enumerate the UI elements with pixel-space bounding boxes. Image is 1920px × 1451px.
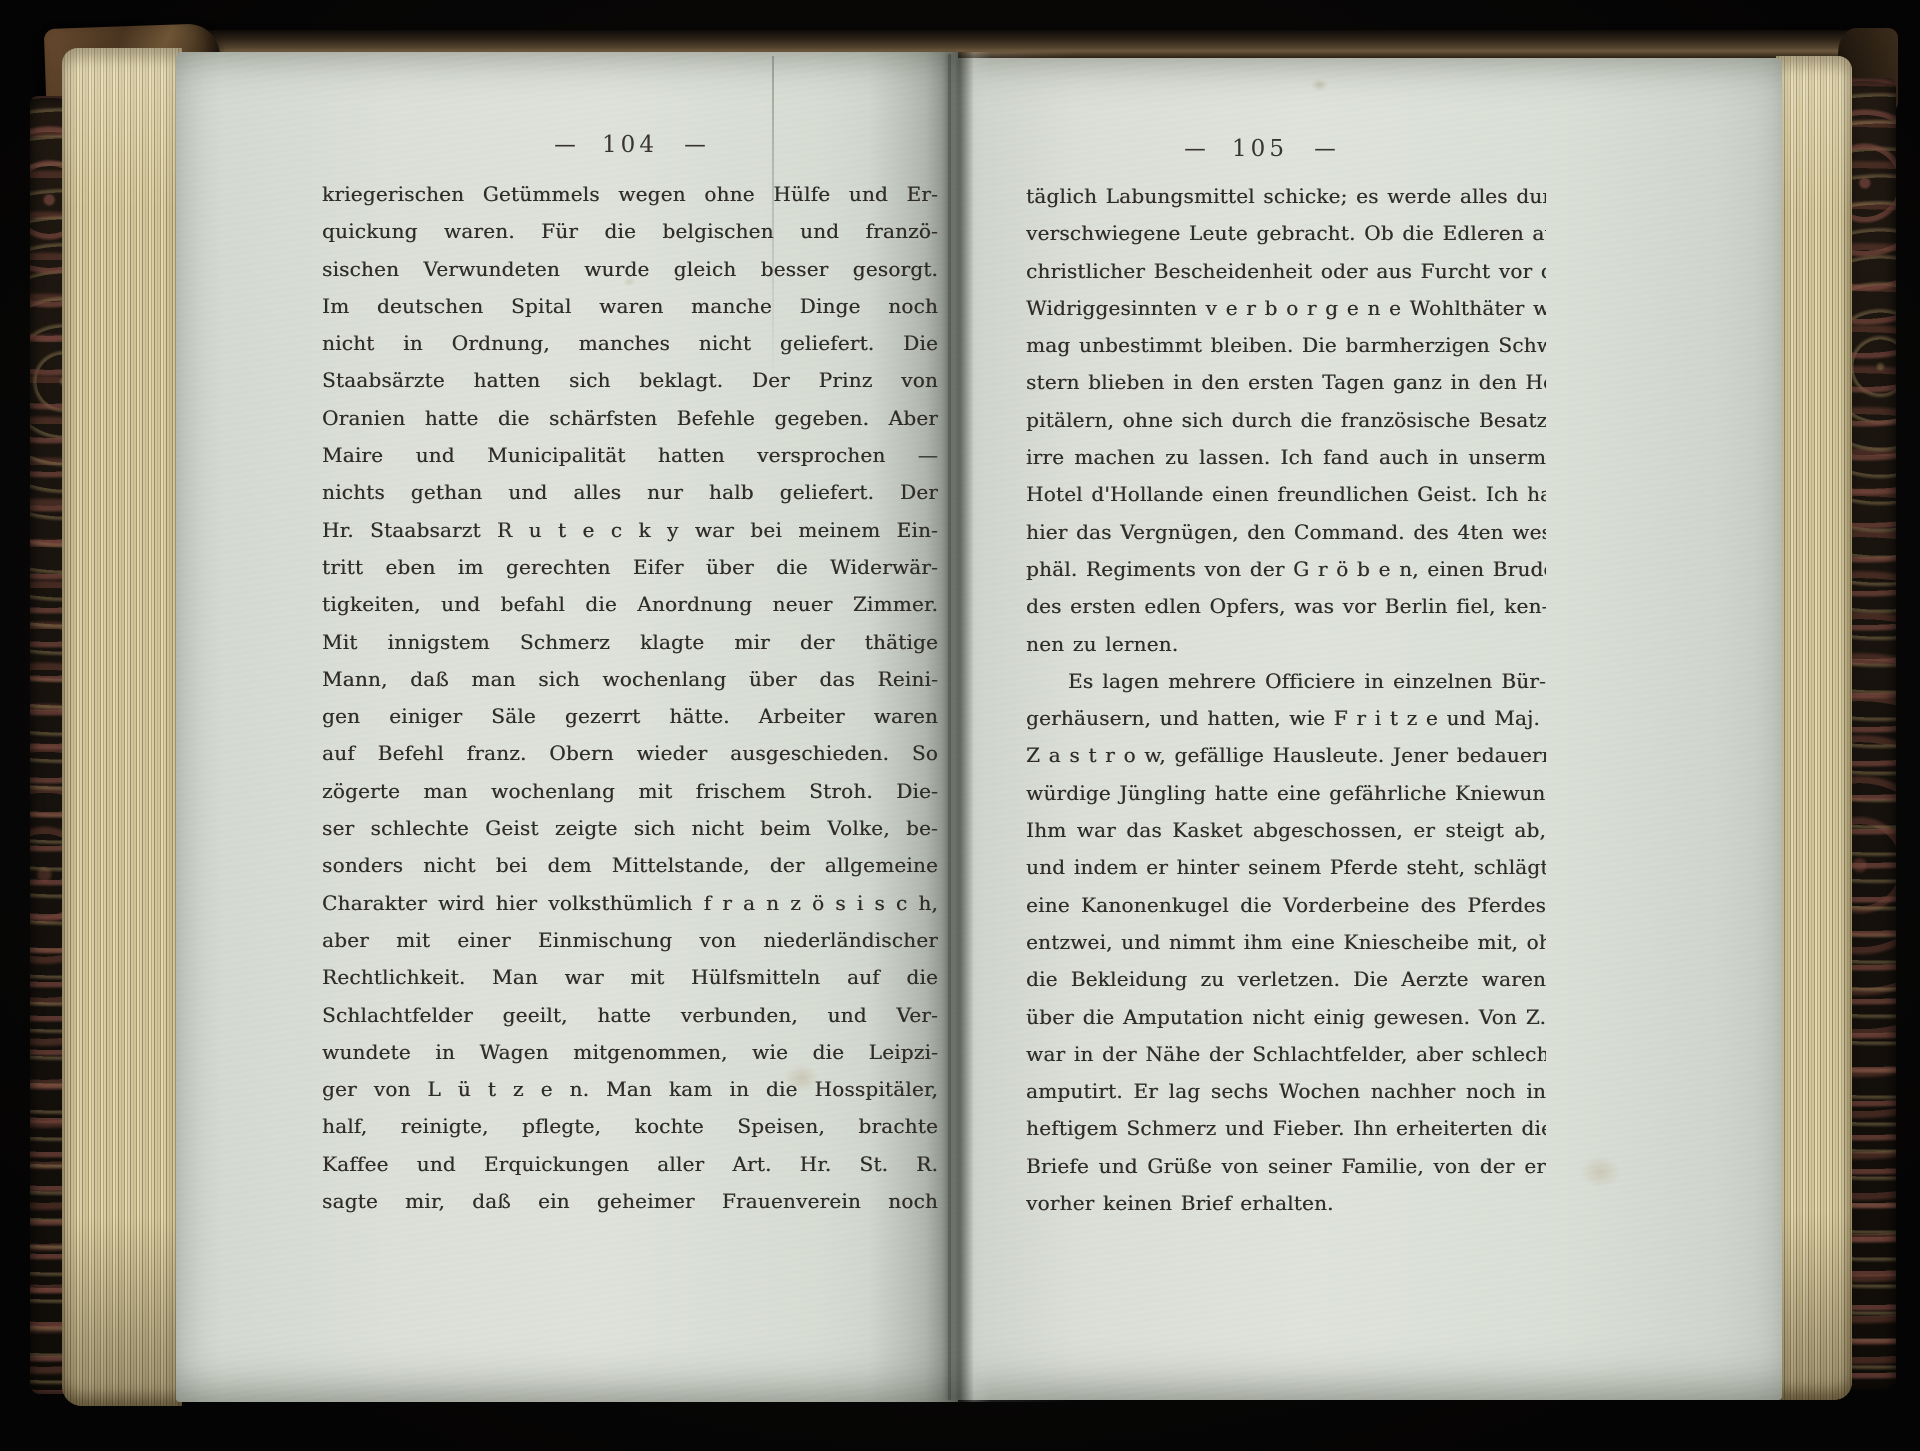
text-line: aber mit einer Einmischung von niederlän… bbox=[322, 922, 938, 959]
header-dash: — bbox=[1314, 141, 1336, 158]
text-line: vorher keinen Brief erhalten. bbox=[1026, 1185, 1546, 1222]
text-line: Kaffee und Erquickungen aller Art. Hr. S… bbox=[322, 1146, 938, 1183]
text-line: Schlachtfelder geeilt, hatte verbunden, … bbox=[322, 997, 938, 1034]
text-line: wundete in Wagen mitgenommen, wie die Le… bbox=[322, 1034, 938, 1071]
gutter-crease-line bbox=[948, 54, 951, 1400]
page-number-left: 104 bbox=[602, 132, 658, 158]
text-line: täglich Labungsmittel schicke; es werde … bbox=[1026, 178, 1546, 215]
text-line: gerhäusern, und hatten, wie F r i t z e … bbox=[1026, 700, 1546, 737]
text-line: amputirt. Er lag sechs Wochen nachher no… bbox=[1026, 1073, 1546, 1110]
text-line: über die Amputation nicht einig gewesen.… bbox=[1026, 999, 1546, 1036]
text-line: Briefe und Grüße von seiner Familie, von… bbox=[1026, 1148, 1546, 1185]
text-line: Hr. Staabsarzt R u t e c k y war bei mei… bbox=[322, 512, 938, 549]
page-edge-stack-left bbox=[62, 48, 182, 1406]
text-line: nichts gethan und alles nur halb geliefe… bbox=[322, 474, 938, 511]
text-line: des ersten edlen Opfers, was vor Berlin … bbox=[1026, 588, 1546, 625]
text-line: Oranien hatte die schärfsten Befehle geg… bbox=[322, 400, 938, 437]
text-line: Charakter wird hier volksthümlich f r a … bbox=[322, 885, 938, 922]
page-edge-shading bbox=[1776, 56, 1852, 1400]
text-line: tritt eben im gerechten Eifer über die W… bbox=[322, 549, 938, 586]
text-line: Im deutschen Spital waren manche Dinge n… bbox=[322, 288, 938, 325]
text-line: sischen Verwundeten wurde gleich besser … bbox=[322, 251, 938, 288]
text-line: Es lagen mehrere Officiere in einzelnen … bbox=[1026, 663, 1546, 700]
body-text-left: kriegerischen Getümmels wegen ohne Hülfe… bbox=[322, 176, 938, 1220]
text-line: phäl. Regiments von der G r ö b e n, ein… bbox=[1026, 551, 1546, 588]
header-dash: — bbox=[684, 137, 706, 154]
header-dash: — bbox=[554, 137, 576, 154]
text-line: war in der Nähe der Schlachtfelder, aber… bbox=[1026, 1036, 1546, 1073]
photo-open-book: — 104 — — 105 — kriegerischen Getümmels … bbox=[0, 0, 1920, 1451]
text-line: pitälern, ohne sich durch die französisc… bbox=[1026, 402, 1546, 439]
text-line: sonders nicht bei dem Mittelstande, der … bbox=[322, 847, 938, 884]
text-line: eine Kanonenkugel die Vorderbeine des Pf… bbox=[1026, 887, 1546, 924]
text-line: zögerte man wochenlang mit frischem Stro… bbox=[322, 773, 938, 810]
text-line: und indem er hinter seinem Pferde steht,… bbox=[1026, 849, 1546, 886]
text-line: Widriggesinnten v e r b o r g e n e Wohl… bbox=[1026, 290, 1546, 327]
text-line: gen einiger Säle gezerrt hätte. Arbeiter… bbox=[322, 698, 938, 735]
page-edge-shading bbox=[62, 48, 182, 1406]
text-line: entzwei, und nimmt ihm eine Kniescheibe … bbox=[1026, 924, 1546, 961]
page-number-right: 105 bbox=[1232, 136, 1288, 162]
text-line: christlicher Bescheidenheit oder aus Fur… bbox=[1026, 253, 1546, 290]
text-line: Maire und Municipalität hatten versproch… bbox=[322, 437, 938, 474]
text-line: Mit innigstem Schmerz klagte mir der thä… bbox=[322, 624, 938, 661]
text-line: Rechtlichkeit. Man war mit Hülfsmitteln … bbox=[322, 959, 938, 996]
body-text-right: täglich Labungsmittel schicke; es werde … bbox=[1026, 178, 1546, 1222]
text-line: mag unbestimmt bleiben. Die barmherzigen… bbox=[1026, 327, 1546, 364]
text-line: die Bekleidung zu verletzen. Die Aerzte … bbox=[1026, 961, 1546, 998]
text-line: kriegerischen Getümmels wegen ohne Hülfe… bbox=[322, 176, 938, 213]
text-line: Ihm war das Kasket abgeschossen, er stei… bbox=[1026, 812, 1546, 849]
text-line: Staabsärzte hatten sich beklagt. Der Pri… bbox=[322, 362, 938, 399]
text-line: verschwiegene Leute gebracht. Ob die Edl… bbox=[1026, 215, 1546, 252]
text-line: Z a s t r o w, gefällige Hausleute. Jene… bbox=[1026, 737, 1546, 774]
text-line: stern blieben in den ersten Tagen ganz i… bbox=[1026, 364, 1546, 401]
text-line: nicht in Ordnung, manches nicht geliefer… bbox=[322, 325, 938, 362]
text-line: ser schlechte Geist zeigte sich nicht be… bbox=[322, 810, 938, 847]
page-header-left: — 104 — bbox=[322, 128, 938, 162]
text-line: heftigem Schmerz und Fieber. Ihn erheite… bbox=[1026, 1110, 1546, 1147]
text-line: tigkeiten, und befahl die Anordnung neue… bbox=[322, 586, 938, 623]
page-edge-stack-right bbox=[1776, 56, 1852, 1400]
text-line: nen zu lernen. bbox=[1026, 626, 1546, 663]
text-line: Mann, daß man sich wochenlang über das R… bbox=[322, 661, 938, 698]
text-line: quickung waren. Für die belgischen und f… bbox=[322, 213, 938, 250]
header-dash: — bbox=[1184, 141, 1206, 158]
text-line: hier das Vergnügen, den Command. des 4te… bbox=[1026, 514, 1546, 551]
text-line: Hotel d'Hollande einen freundlichen Geis… bbox=[1026, 476, 1546, 513]
page-header-right: — 105 — bbox=[1000, 132, 1520, 166]
text-line: würdige Jüngling hatte eine gefährliche … bbox=[1026, 775, 1546, 812]
text-line: sagte mir, daß ein geheimer Frauenverein… bbox=[322, 1183, 938, 1220]
text-line: half, reinigte, pflegte, kochte Speisen,… bbox=[322, 1108, 938, 1145]
text-line: irre machen zu lassen. Ich fand auch in … bbox=[1026, 439, 1546, 476]
text-line: ger von L ü t z e n. Man kam in die Hoss… bbox=[322, 1071, 938, 1108]
text-line: auf Befehl franz. Obern wieder ausgeschi… bbox=[322, 735, 938, 772]
